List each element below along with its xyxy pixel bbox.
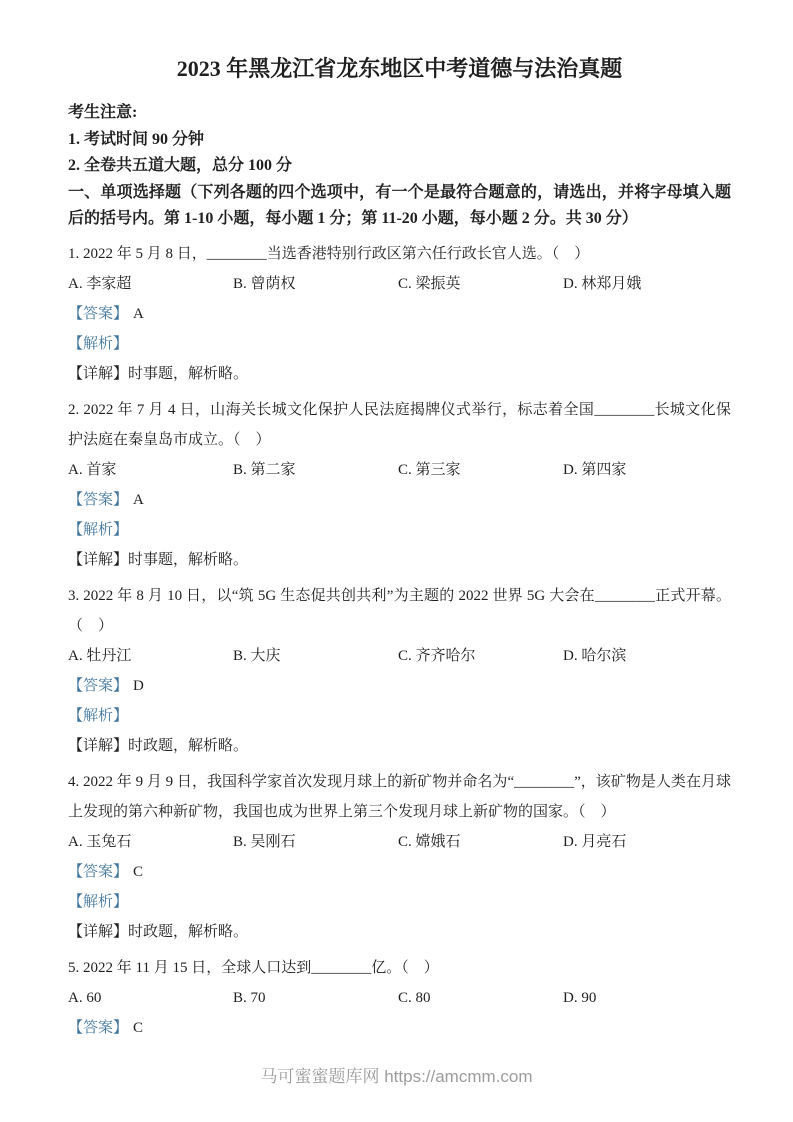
detail-line: 【详解】时政题，解析略。	[68, 731, 731, 761]
detail-line: 【详解】时政题，解析略。	[68, 917, 731, 947]
option-b: B. 吴刚石	[233, 827, 398, 857]
options-row: A. 60 B. 70 C. 80 D. 90	[68, 983, 731, 1013]
option-b: B. 70	[233, 983, 398, 1013]
question-text: 5. 2022 年 11 月 15 日，全球人口达到________亿。（ ）	[68, 953, 731, 983]
question-block-1: 1. 2022 年 5 月 8 日，________当选香港特别行政区第六任行政…	[68, 239, 731, 389]
answer-label: 【答案】	[68, 306, 128, 322]
analysis-line: 【解析】	[68, 887, 731, 917]
option-c: C. 齐齐哈尔	[398, 641, 563, 671]
detail-text: 时政题，解析略。	[128, 738, 248, 754]
detail-label: 【详解】	[68, 738, 128, 754]
options-row: A. 首家 B. 第二家 C. 第三家 D. 第四家	[68, 455, 731, 485]
option-b: B. 大庆	[233, 641, 398, 671]
answer-line: 【答案】C	[68, 1013, 731, 1043]
option-a: A. 60	[68, 983, 233, 1013]
option-a: A. 玉兔石	[68, 827, 233, 857]
notice-heading: 考生注意:	[68, 100, 731, 127]
notice-block: 考生注意: 1. 考试时间 90 分钟 2. 全卷共五道大题，总分 100 分 …	[68, 100, 731, 233]
answer-value: C	[133, 1020, 143, 1036]
answer-value: A	[133, 492, 144, 508]
answer-value: C	[133, 864, 143, 880]
analysis-label: 【解析】	[68, 336, 128, 352]
option-b: B. 第二家	[233, 455, 398, 485]
detail-line: 【详解】时事题，解析略。	[68, 359, 731, 389]
option-d: D. 哈尔滨	[563, 641, 626, 671]
option-d: D. 林郑月娥	[563, 269, 641, 299]
analysis-line: 【解析】	[68, 329, 731, 359]
answer-line: 【答案】D	[68, 671, 731, 701]
option-d: D. 90	[563, 983, 596, 1013]
options-row: A. 玉兔石 B. 吴刚石 C. 嫦娥石 D. 月亮石	[68, 827, 731, 857]
question-text: 4. 2022 年 9 月 9 日，我国科学家首次发现月球上的新矿物并命名为“_…	[68, 767, 731, 827]
option-c: C. 80	[398, 983, 563, 1013]
answer-line: 【答案】C	[68, 857, 731, 887]
detail-label: 【详解】	[68, 552, 128, 568]
analysis-line: 【解析】	[68, 515, 731, 545]
answer-label: 【答案】	[68, 678, 128, 694]
analysis-line: 【解析】	[68, 701, 731, 731]
answer-value: A	[133, 306, 144, 322]
options-row: A. 牡丹江 B. 大庆 C. 齐齐哈尔 D. 哈尔滨	[68, 641, 731, 671]
option-a: A. 李家超	[68, 269, 233, 299]
section-intro: 一、单项选择题（下列各题的四个选项中，有一个是最符合题意的，请选出，并将字母填入…	[68, 180, 731, 233]
option-d: D. 月亮石	[563, 827, 626, 857]
analysis-label: 【解析】	[68, 522, 128, 538]
option-c: C. 嫦娥石	[398, 827, 563, 857]
question-text: 1. 2022 年 5 月 8 日，________当选香港特别行政区第六任行政…	[68, 239, 731, 269]
question-block-4: 4. 2022 年 9 月 9 日，我国科学家首次发现月球上的新矿物并命名为“_…	[68, 767, 731, 947]
detail-text: 时事题，解析略。	[128, 552, 248, 568]
option-c: C. 梁振英	[398, 269, 563, 299]
answer-label: 【答案】	[68, 864, 128, 880]
watermark-footer: 马可蜜蜜题库网 https://amcmm.com	[0, 1062, 793, 1087]
question-block-2: 2. 2022 年 7 月 4 日，山海关长城文化保护人民法庭揭牌仪式举行，标志…	[68, 395, 731, 575]
question-block-5: 5. 2022 年 11 月 15 日，全球人口达到________亿。（ ） …	[68, 953, 731, 1043]
question-block-3: 3. 2022 年 8 月 10 日，以“筑 5G 生态促共创共利”为主题的 2…	[68, 581, 731, 761]
page-content: 2023 年黑龙江省龙东地区中考道德与法治真题 考生注意: 1. 考试时间 90…	[0, 0, 793, 1043]
detail-text: 时政题，解析略。	[128, 924, 248, 940]
answer-line: 【答案】A	[68, 485, 731, 515]
analysis-label: 【解析】	[68, 708, 128, 724]
answer-label: 【答案】	[68, 1020, 128, 1036]
answer-label: 【答案】	[68, 492, 128, 508]
option-c: C. 第三家	[398, 455, 563, 485]
answer-line: 【答案】A	[68, 299, 731, 329]
option-a: A. 首家	[68, 455, 233, 485]
analysis-label: 【解析】	[68, 894, 128, 910]
document-title: 2023 年黑龙江省龙东地区中考道德与法治真题	[68, 54, 731, 84]
detail-line: 【详解】时事题，解析略。	[68, 545, 731, 575]
options-row: A. 李家超 B. 曾荫权 C. 梁振英 D. 林郑月娥	[68, 269, 731, 299]
detail-text: 时事题，解析略。	[128, 366, 248, 382]
question-text: 2. 2022 年 7 月 4 日，山海关长城文化保护人民法庭揭牌仪式举行，标志…	[68, 395, 731, 455]
notice-item-2: 2. 全卷共五道大题，总分 100 分	[68, 153, 731, 180]
detail-label: 【详解】	[68, 366, 128, 382]
notice-item-1: 1. 考试时间 90 分钟	[68, 127, 731, 154]
detail-label: 【详解】	[68, 924, 128, 940]
option-d: D. 第四家	[563, 455, 626, 485]
exam-document-page: 2023 年黑龙江省龙东地区中考道德与法治真题 考生注意: 1. 考试时间 90…	[0, 0, 793, 1122]
answer-value: D	[133, 678, 144, 694]
option-a: A. 牡丹江	[68, 641, 233, 671]
option-b: B. 曾荫权	[233, 269, 398, 299]
question-text: 3. 2022 年 8 月 10 日，以“筑 5G 生态促共创共利”为主题的 2…	[68, 581, 731, 641]
